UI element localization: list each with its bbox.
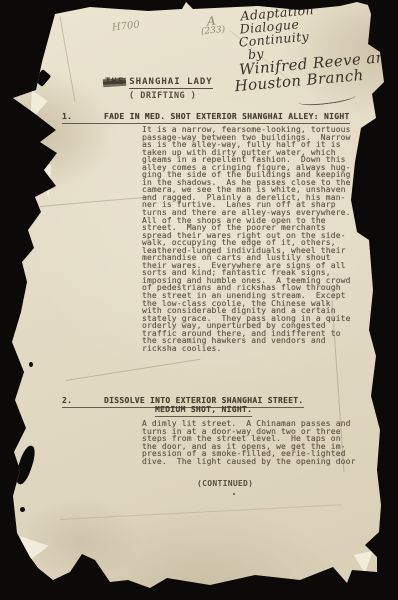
title-block: THESHANGHAI LADY [105, 77, 213, 87]
scene-heading-text: FADE IN MED. SHOT EXTERIOR SHANGHAI ALLE… [104, 112, 350, 121]
torn-slit [13, 444, 38, 486]
script-subtitle: ( DRIFTING ) [129, 91, 196, 101]
handwritten-credits: Adaptation Dialogue Continuity by Winifr… [234, 0, 398, 94]
text-line: ricksha coolies. [142, 345, 360, 353]
scene-1-heading: 1.FADE IN MED. SHOT EXTERIOR SHANGHAI AL… [62, 112, 350, 124]
scene-heading-text: DISSOLVE INTO EXTERIOR SHANGHAI STREET. [104, 396, 304, 405]
script-title: SHANGHAI LADY [129, 77, 212, 89]
torn-flap [16, 536, 49, 566]
crease [60, 16, 76, 101]
photo-stage: H700 A (233) Adaptation Dialogue Continu… [0, 0, 398, 600]
credit-underline-flourish [298, 91, 357, 108]
struck-word: THE [105, 77, 124, 87]
scene-2-heading-line2: MEDIUM SHOT, NIGHT. [155, 405, 252, 417]
torn-flap [36, 157, 58, 199]
scene-2-description: A dimly lit street. A Chinaman passes an… [142, 420, 360, 465]
scene-number: 2. [62, 396, 104, 405]
crease [66, 359, 200, 381]
torn-flap [25, 90, 50, 123]
torn-hole [34, 69, 51, 87]
pencil-note-h700: H700 [111, 19, 140, 33]
scene-1-description: It is a narrow, fearsome-looking, tortuo… [142, 126, 360, 352]
scene-number: 1. [62, 112, 104, 121]
script-page: H700 A (233) Adaptation Dialogue Continu… [0, 0, 398, 600]
pencil-note-code-number: (233) [201, 25, 226, 37]
speck [233, 493, 235, 495]
speck [29, 362, 33, 367]
torn-flap [351, 548, 373, 575]
continued-footer: (CONTINUED) [197, 479, 253, 488]
crease [40, 196, 152, 207]
speck [20, 507, 25, 512]
text-line: dive. The light caused by the opening do… [142, 458, 360, 466]
crease [60, 504, 342, 520]
